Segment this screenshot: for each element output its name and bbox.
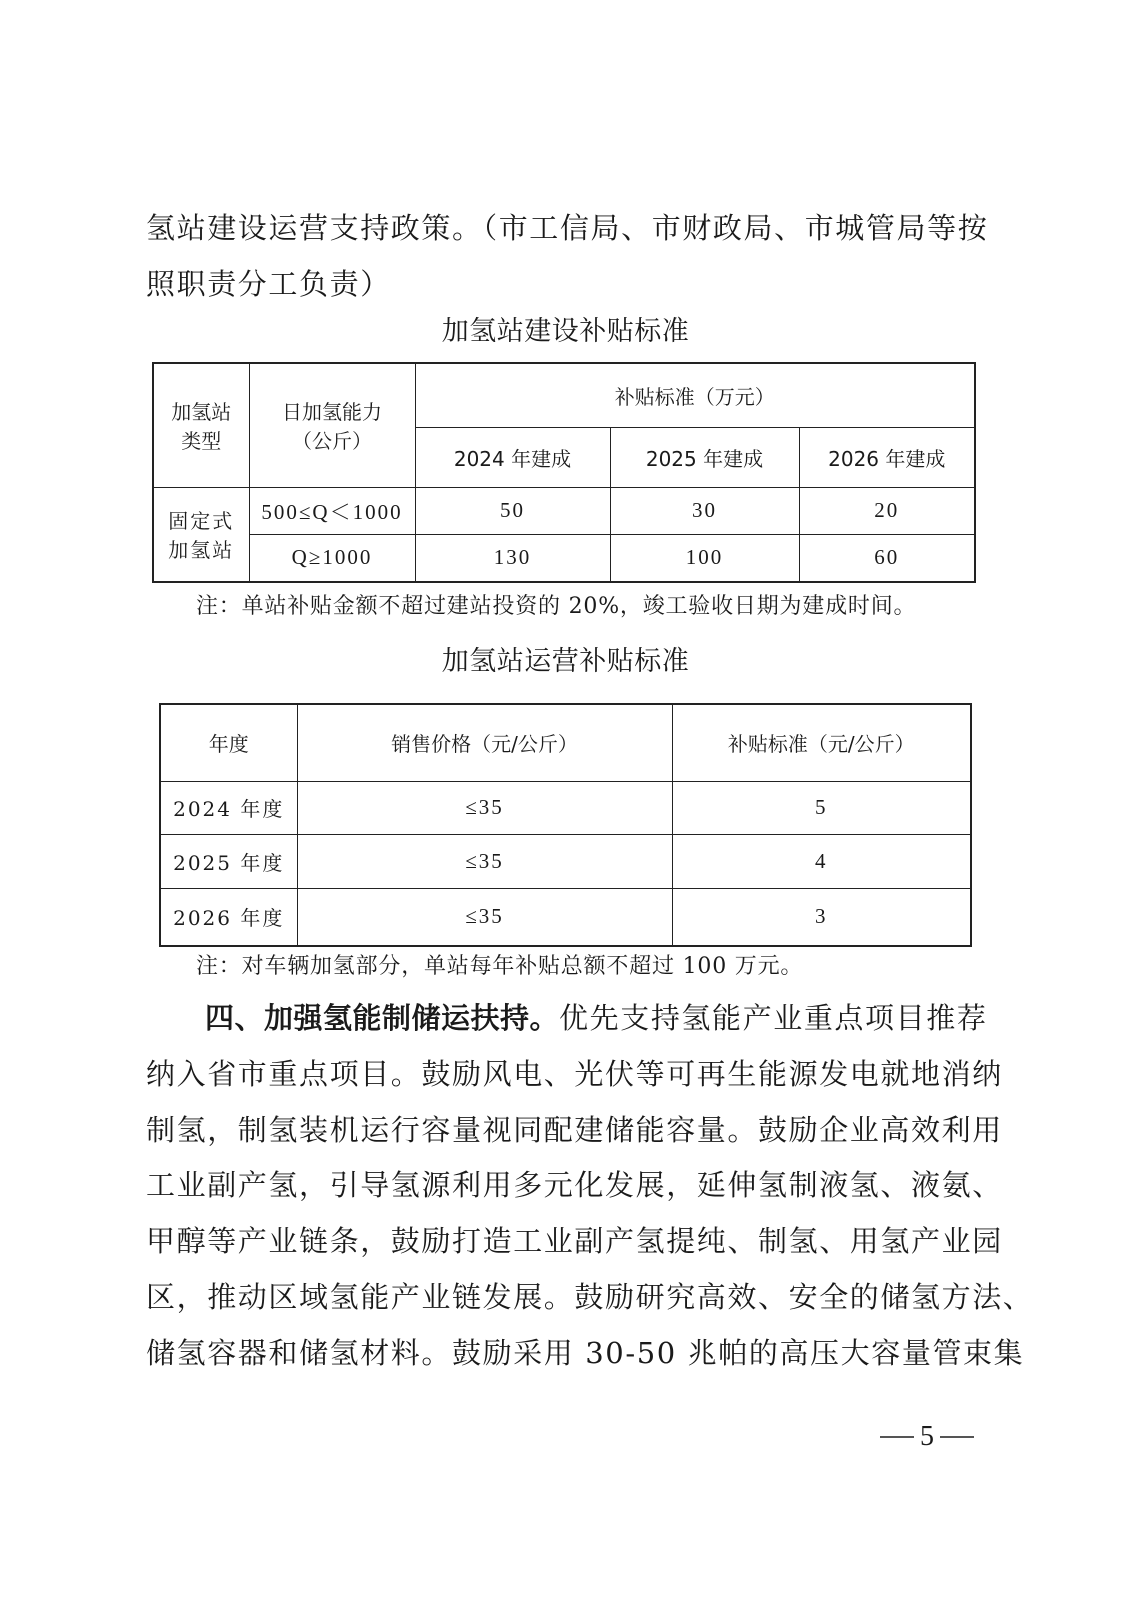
header-year: 年度 xyxy=(160,704,297,781)
table-row: 2024 年度 ≤35 5 xyxy=(160,781,971,834)
value-cell: 60 xyxy=(799,534,975,582)
header-subsidy-rate: 补贴标准（元/公斤） xyxy=(672,704,971,781)
subsidy-cell: 3 xyxy=(672,888,971,946)
value-cell: 20 xyxy=(799,487,975,534)
capacity-cell: Q≥1000 xyxy=(249,534,415,582)
body-text-line: 氢站建设运营支持政策。（市工信局、市财政局、市城管局等按 xyxy=(146,208,986,248)
capacity-cell: 500≤Q＜1000 xyxy=(249,487,415,534)
value-cell: 30 xyxy=(610,487,799,534)
construction-subsidy-table: 加氢站 类型 日加氢能力 （公斤） 补贴标准（万元） 2024 年建成 2025… xyxy=(152,362,976,583)
body-text-line: 储氢容器和储氢材料。鼓励采用 30-50 兆帕的高压大容量管束集 xyxy=(146,1333,986,1373)
value-cell: 50 xyxy=(415,487,610,534)
header-sale-price: 销售价格（元/公斤） xyxy=(297,704,672,781)
table2-note: 注：对车辆加氢部分，单站每年补贴总额不超过 100 万元。 xyxy=(196,952,803,982)
header-year-2026: 2026 年建成 xyxy=(799,427,975,487)
table-row: 2026 年度 ≤35 3 xyxy=(160,888,971,946)
table2-title: 加氢站运营补贴标准 xyxy=(0,644,1131,680)
price-cell: ≤35 xyxy=(297,834,672,888)
header-year-2024: 2024 年建成 xyxy=(415,427,610,487)
station-type-cell: 固定式 加氢站 xyxy=(153,487,249,582)
table1-title: 加氢站建设补贴标准 xyxy=(0,314,1131,350)
body-text-line: 工业副产氢，引导氢源利用多元化发展，延伸氢制液氢、液氨、 xyxy=(146,1165,986,1205)
body-text-line: 纳入省市重点项目。鼓励风电、光伏等可再生能源发电就地消纳 xyxy=(146,1054,986,1094)
header-subsidy-group: 补贴标准（万元） xyxy=(415,363,975,427)
year-cell: 2026 年度 xyxy=(160,888,297,946)
body-text-line: 制氢，制氢装机运行容量视同配建储能容量。鼓励企业高效利用 xyxy=(146,1110,986,1150)
section4-text: 优先支持氢能产业重点项目推荐 xyxy=(559,1001,987,1035)
body-text-line: 照职责分工负责） xyxy=(146,264,986,304)
dash-decoration xyxy=(940,1436,974,1438)
table-row: 2025 年度 ≤35 4 xyxy=(160,834,971,888)
table-row: Q≥1000 130 100 60 xyxy=(153,534,975,582)
subsidy-cell: 4 xyxy=(672,834,971,888)
body-text-line: 甲醇等产业链条，鼓励打造工业副产氢提纯、制氢、用氢产业园 xyxy=(146,1221,986,1261)
body-text-line: 区，推动区域氢能产业链发展。鼓励研究高效、安全的储氢方法、 xyxy=(146,1277,986,1317)
year-cell: 2024 年度 xyxy=(160,781,297,834)
section4-first-line: 四、加强氢能制储运扶持。优先支持氢能产业重点项目推荐 xyxy=(205,998,985,1038)
subsidy-cell: 5 xyxy=(672,781,971,834)
table-row: 固定式 加氢站 500≤Q＜1000 50 30 20 xyxy=(153,487,975,534)
value-cell: 100 xyxy=(610,534,799,582)
value-cell: 130 xyxy=(415,534,610,582)
price-cell: ≤35 xyxy=(297,888,672,946)
dash-decoration xyxy=(880,1436,914,1438)
header-daily-capacity: 日加氢能力 （公斤） xyxy=(249,363,415,487)
year-cell: 2025 年度 xyxy=(160,834,297,888)
price-cell: ≤35 xyxy=(297,781,672,834)
header-station-type: 加氢站 类型 xyxy=(153,363,249,487)
operation-subsidy-table: 年度 销售价格（元/公斤） 补贴标准（元/公斤） 2024 年度 ≤35 5 2… xyxy=(159,703,972,947)
header-year-2025: 2025 年建成 xyxy=(610,427,799,487)
page-number: 5 xyxy=(880,1422,974,1452)
table1-note: 注：单站补贴金额不超过建站投资的 20%，竣工验收日期为建成时间。 xyxy=(196,592,916,622)
section4-heading: 四、加强氢能制储运扶持。 xyxy=(205,1001,559,1035)
